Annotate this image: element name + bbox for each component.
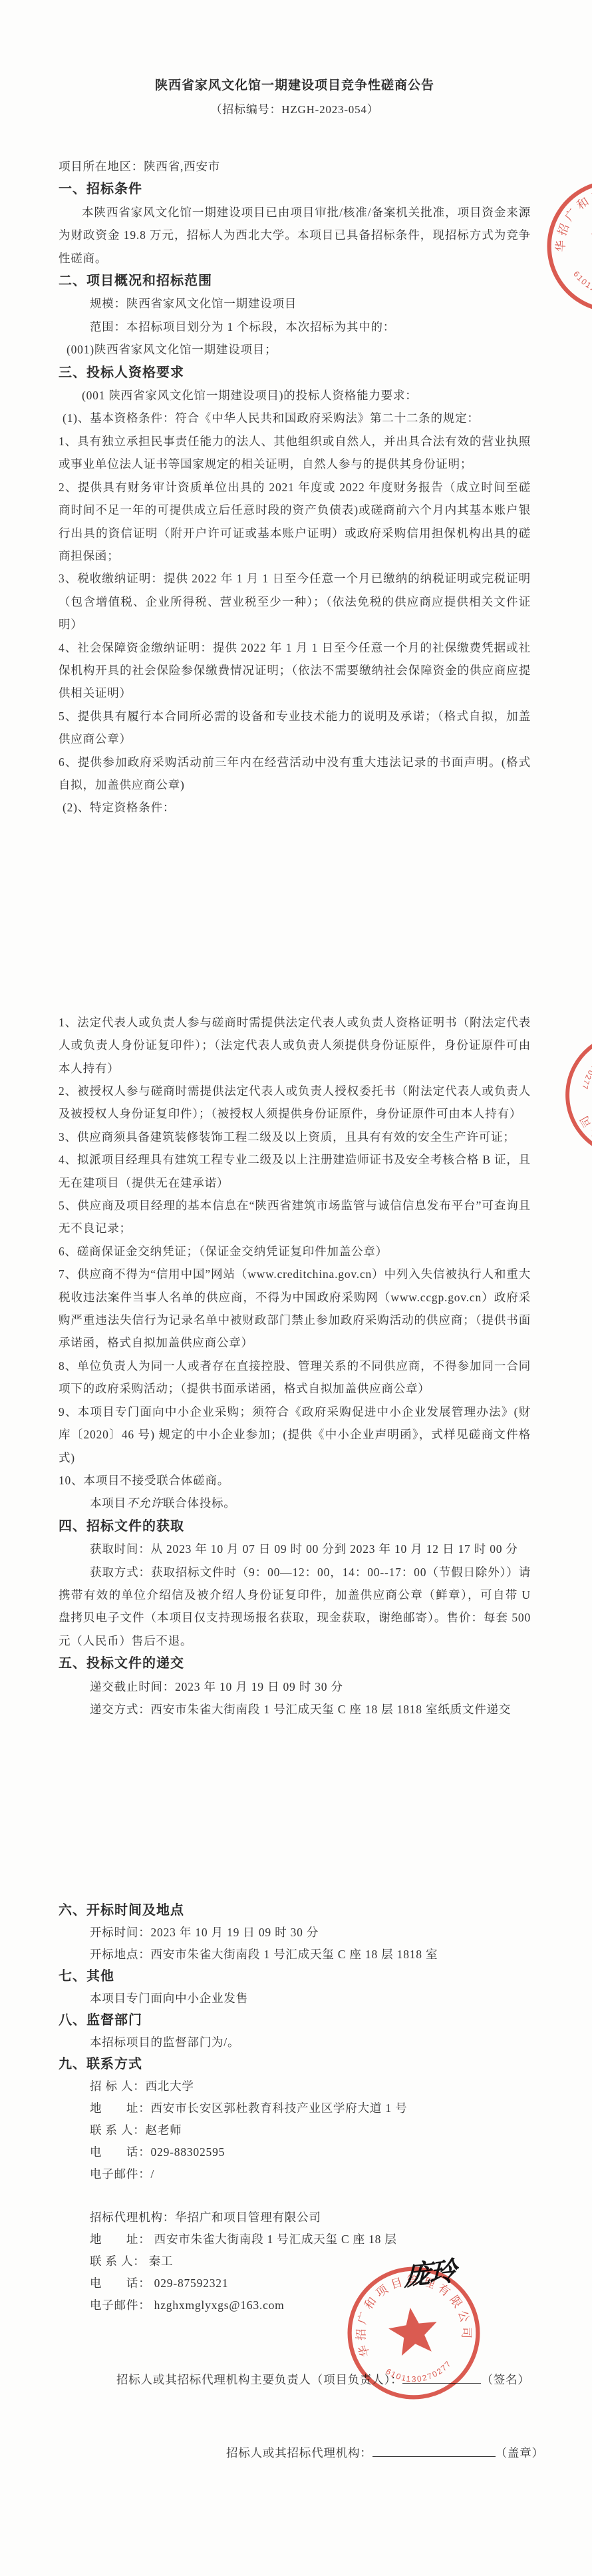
tender-number: （招标编号：HZGH-2023-054） — [59, 100, 531, 120]
special-item-2: 2、被授权人参与磋商时需提供法定代表人或负责人授权委托书（附法定代表人或负责人及… — [59, 1080, 531, 1126]
seal-company-text: 华招广和项目管理有限公司 — [551, 176, 592, 276]
seal-graphic: 华招广和项目管理有限公司 6101130270277 — [561, 1028, 592, 1162]
principal-signature-suffix: （签名） — [481, 2373, 529, 2386]
special-item-10: 10、本项目不接受联合体磋商。 — [59, 1469, 531, 1492]
org-seal-suffix: （盖章） — [496, 2446, 544, 2460]
special-item-4: 4、拟派项目经理具有建筑工程专业二级及以上注册建造师证书及安全考核合格 B 证，… — [59, 1148, 531, 1194]
seal-code-text: 6101130270277 — [572, 1037, 592, 1094]
tenderer-email-line: 电子邮件：/ — [59, 2163, 531, 2185]
project-scale-line: 规模：陕西省家风文化馆一期建设项目 — [59, 292, 531, 315]
obtain-time-line: 获取时间：从 2023 年 10 月 07 日 09 时 00 分到 2023 … — [59, 1538, 531, 1560]
seal-code-text: 6101130270277 — [569, 268, 592, 304]
section-1-heading: 一、招标条件 — [59, 178, 531, 200]
tenderer-phone-line: 电 话：029-88302595 — [59, 2141, 531, 2163]
section-4-heading: 四、招标文件的获取 — [59, 1515, 531, 1538]
basic-item-2: 2、提供具有财务审计资质单位出具的 2021 年度或 2022 年度财务报告（成… — [59, 476, 531, 568]
section-6-heading: 六、开标时间及地点 — [59, 1900, 531, 1922]
svg-text:华招广和项目管理有限公司: 华招广和项目管理有限公司 — [551, 176, 592, 276]
principal-signature-row: 招标人或其招标代理机构主要负责人（项目负责人）：（签名） — [116, 2370, 531, 2390]
basic-item-1: 1、具有独立承担民事责任能力的法人、其他组织或自然人，并出具合法有效的营业执照或… — [59, 430, 531, 476]
section-8-heading: 八、监督部门 — [59, 2010, 531, 2032]
page-break-2 — [59, 1721, 531, 1900]
basic-item-3: 3、税收缴纳证明：提供 2022 年 1 月 1 日至今任意一个月已缴纳的纳税证… — [59, 567, 531, 636]
special-item-3: 3、供应商须具备建筑装修装饰工程二级及以上资质，且具有有效的安全生产许可证； — [59, 1126, 531, 1148]
special-item-7: 7、供应商不得为“信用中国”网站（www.creditchina.gov.cn）… — [59, 1263, 531, 1355]
agency-email-line: 电子邮件： hzghxmglyxgs@163.com — [59, 2294, 531, 2316]
tenderer-contact-line: 联 系 人：赵老师 — [59, 2119, 531, 2141]
company-seal-stamp: 华招广和项目管理有限公司 6101130270277 — [543, 176, 592, 317]
basic-item-5: 5、提供具有履行本合同所必需的设备和专业技术能力的说明及承诺；（格式自拟，加盖供… — [59, 705, 531, 751]
seal-star-icon — [585, 216, 592, 272]
basic-item-4: 4、社会保障资金缴纳证明：提供 2022 年 1 月 1 日至今任意一个月的社保… — [59, 636, 531, 705]
agency-name-line: 招标代理机构：华招广和项目管理有限公司 — [59, 2207, 531, 2229]
seal-company-text: 华招广和项目管理有限公司 — [575, 1046, 592, 1162]
principal-signature-label: 招标人或其招标代理机构主要负责人（项目负责人）： — [116, 2373, 402, 2386]
obtain-method-paragraph: 获取方式：获取招标文件时（9：00—12：00，14：00--17：00（节假日… — [59, 1561, 531, 1653]
partial-seal-stamp-middle: 华招广和项目管理有限公司 6101130270277 — [561, 1028, 592, 1165]
basic-item-6: 6、提供参加政府采购活动前三年内在经营活动中没有重大违法记录的书面声明。(格式自… — [59, 751, 531, 797]
section-9-heading: 九、联系方式 — [59, 2053, 531, 2075]
section-7-heading: 七、其他 — [59, 1966, 531, 1988]
org-seal-label: 招标人或其招标代理机构： — [226, 2446, 372, 2460]
page-break-1 — [59, 819, 531, 1011]
lot-line: (001)陕西省家风文化馆一期建设项目； — [59, 338, 531, 361]
special-item-5: 5、供应商及项目经理的基本信息在“陕西省建筑市场监管与诚信信息发布平台”可查询且… — [59, 1194, 531, 1240]
no-consortium-suffix: 联合体投标。 — [163, 1496, 236, 1510]
special-item-6: 6、磋商保证金交纳凭证；（保证金交纳凭证复印件加盖公章） — [59, 1240, 531, 1263]
submit-deadline-line: 递交截止时间：2023 年 10 月 19 日 09 时 30 分 — [59, 1675, 531, 1698]
seal-border — [561, 1028, 592, 1162]
org-seal-blank — [372, 2445, 496, 2458]
opening-time-line: 开标时间：2023 年 10 月 19 日 09 时 30 分 — [59, 1922, 531, 1944]
qualification-intro-line: (001 陕西省家风文化馆一期建设项目)的投标人资格能力要求： — [59, 384, 531, 407]
seal-graphic: 华招广和项目管理有限公司 6101130270277 — [543, 176, 592, 317]
other-note-line: 本项目专门面向中小企业发售 — [59, 1988, 531, 2010]
svg-text:华招广和项目管理有限公司: 华招广和项目管理有限公司 — [575, 1046, 592, 1162]
document-title: 陕西省家风文化馆一期建设项目竞争性磋商公告 — [59, 75, 531, 97]
tenderer-address-line: 地 址：西安市长安区郭杜教育科技产业区学府大道 1 号 — [59, 2097, 531, 2119]
basic-qualification-title: (1)、基本资格条件：符合《中华人民共和国政府采购法》第二十二条的规定： — [59, 407, 531, 429]
supervision-note-line: 本招标项目的监督部门为/。 — [59, 2032, 531, 2053]
section-5-heading: 五、投标文件的递交 — [59, 1652, 531, 1675]
special-item-9: 9、本项目专门面向中小企业采购；须符合《政府采购促进中小企业发展管理办法》(财库… — [59, 1400, 531, 1469]
tenderer-name-line: 招 标 人：西北大学 — [59, 2075, 531, 2097]
special-item-8: 8、单位负责人为同一人或者存在直接控股、管理关系的不同供应商，不得参加同一合同项… — [59, 1355, 531, 1400]
opening-place-line: 开标地点：西安市朱雀大街南段 1 号汇成天玺 C 座 18 层 1818 室 — [59, 1944, 531, 1966]
seal-border — [543, 176, 592, 317]
no-consortium-emphasis: 不允许 — [126, 1496, 163, 1510]
special-item-1: 1、法定代表人或负责人参与磋商时需提供法定代表人或负责人资格证明书（附法定代表人… — [59, 1011, 531, 1080]
section-3-heading: 三、投标人资格要求 — [59, 361, 531, 384]
no-consortium-line: 本项目不允许联合体投标。 — [59, 1492, 531, 1514]
org-seal-row: 招标人或其招标代理机构：（盖章） — [226, 2443, 531, 2463]
partial-seal-stamp-top: 华招广和项目管理有限公司 6101130270277 — [543, 176, 592, 320]
submit-method-line: 递交方式：西安市朱雀大街南段 1 号汇成天玺 C 座 18 层 1818 室纸质… — [59, 1698, 531, 1721]
scanned-tender-announcement: 陕西省家风文化馆一期建设项目竞争性磋商公告 （招标编号：HZGH-2023-05… — [0, 0, 592, 2576]
agency-address-line: 地 址： 西安市朱雀大街南段 1 号汇成天玺 C 座 18 层 — [59, 2229, 531, 2251]
company-seal-stamp: 华招广和项目管理有限公司 6101130270277 — [561, 1028, 592, 1162]
svg-text:6101130270277: 6101130270277 — [572, 1037, 592, 1094]
tender-conditions-paragraph: 本陕西省家风文化馆一期建设项目已由项目审批/核准/备案机关批准，项目资金来源为财… — [59, 201, 531, 270]
principal-signature-blank — [402, 2372, 481, 2384]
svg-text:6101130270277: 6101130270277 — [569, 268, 592, 304]
no-consortium-prefix: 本项目 — [90, 1496, 126, 1510]
special-qualification-title: (2)、特定资格条件： — [59, 796, 531, 819]
section-2-heading: 二、项目概况和招标范围 — [59, 270, 531, 292]
project-scope-line: 范围：本招标项目划分为 1 个标段，本次招标为其中的： — [59, 316, 531, 338]
project-location-line: 项目所在地区：陕西省,西安市 — [59, 155, 531, 178]
